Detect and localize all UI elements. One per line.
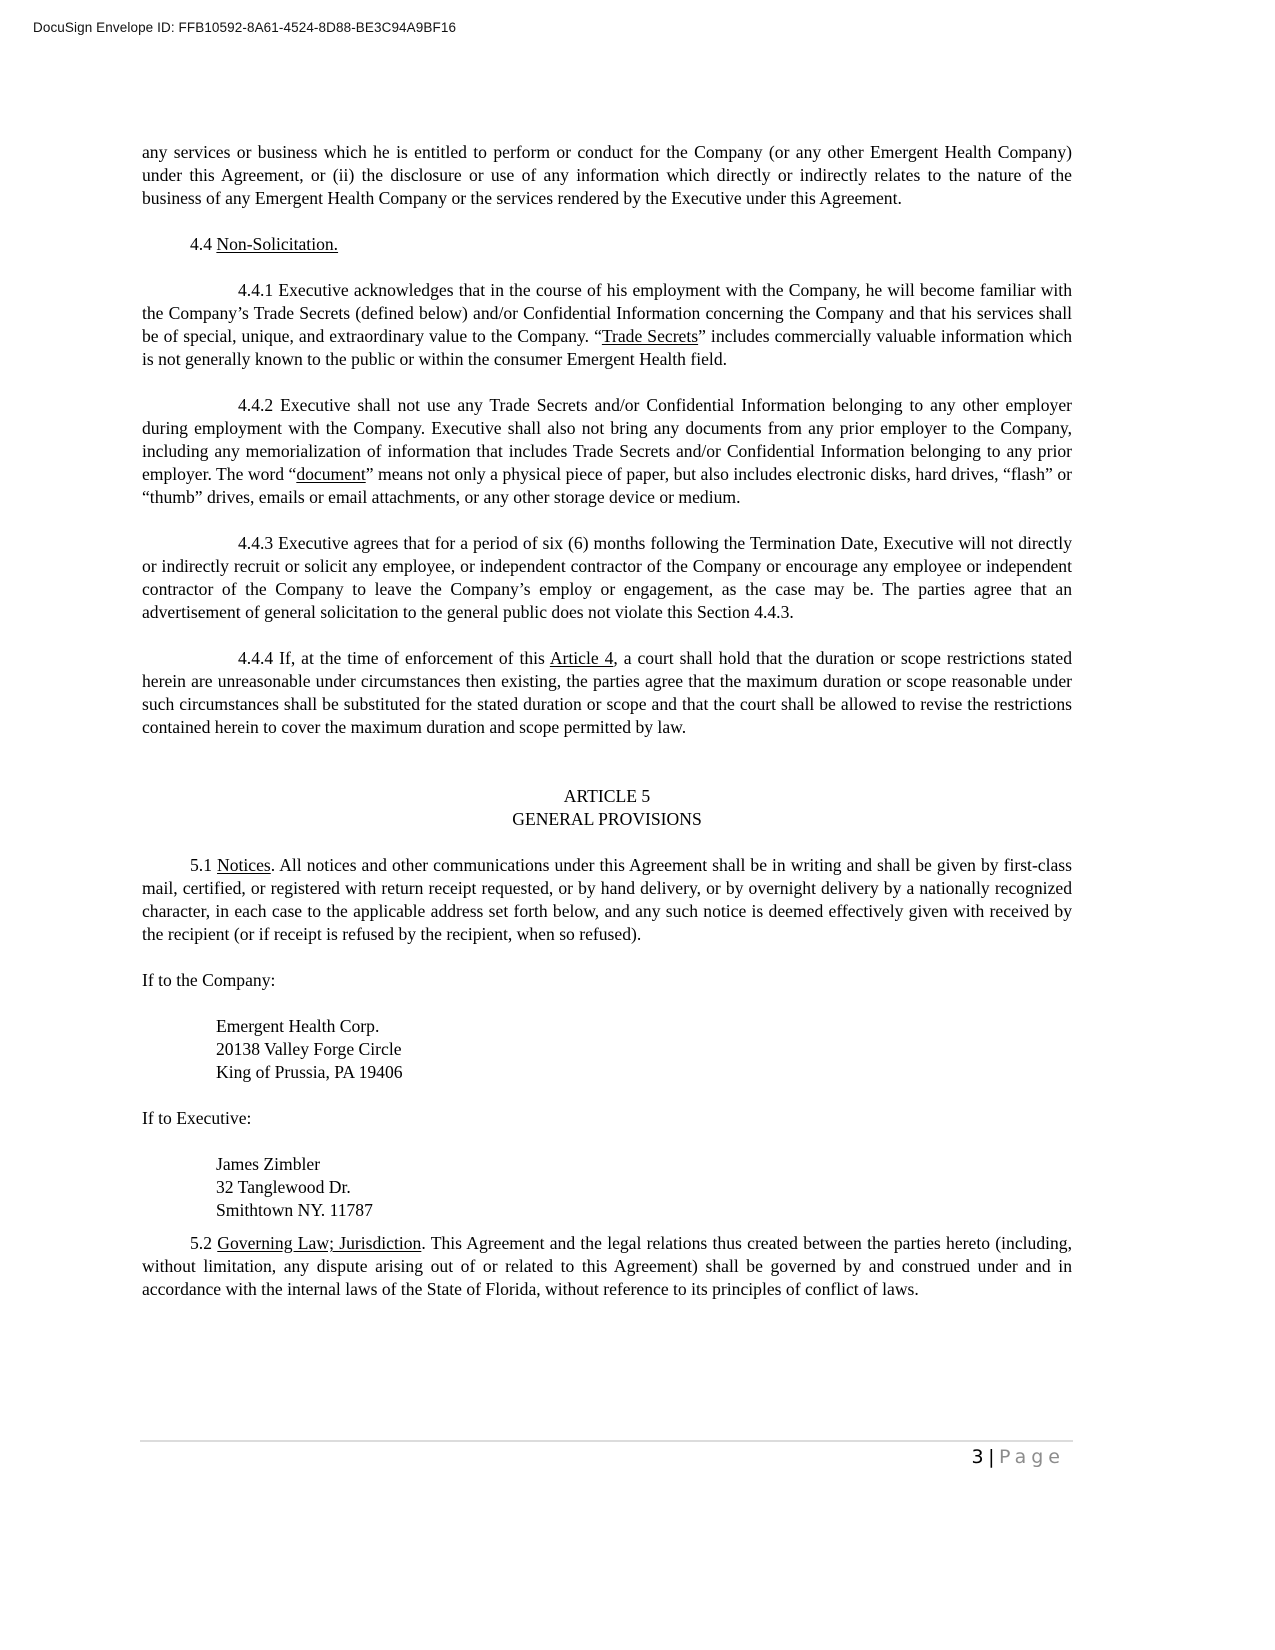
- executive-address-line: 32 Tanglewood Dr.: [142, 1176, 1072, 1199]
- section-4-4-3: 4.4.3 Executive agrees that for a period…: [142, 532, 1072, 624]
- company-notice-label: If to the Company:: [142, 969, 1072, 992]
- section-4-4-4: 4.4.4 If, at the time of enforcement of …: [142, 647, 1072, 739]
- company-address-line: King of Prussia, PA 19406: [142, 1061, 1072, 1084]
- section-4-4-1: 4.4.1 Executive acknowledges that in the…: [142, 279, 1072, 371]
- section-5-1-title: Notices: [217, 855, 271, 875]
- section-5-2-title: Governing Law; Jurisdiction: [217, 1233, 421, 1253]
- footer-divider: [140, 1440, 1073, 1442]
- docusign-envelope-id: DocuSign Envelope ID: FFB10592-8A61-4524…: [33, 20, 456, 35]
- company-address-line: Emergent Health Corp.: [142, 1015, 1072, 1038]
- defined-term-document: document: [296, 464, 365, 484]
- page-label: Page: [999, 1446, 1065, 1468]
- page-separator: |: [988, 1446, 995, 1468]
- page-number: 3|Page: [972, 1446, 1066, 1468]
- article-5-title: ARTICLE 5: [142, 785, 1072, 808]
- executive-address-line: James Zimbler: [142, 1153, 1072, 1176]
- section-4-4-heading: 4.4 Non-Solicitation.: [142, 233, 1072, 256]
- section-5-2: 5.2 Governing Law; Jurisdiction. This Ag…: [142, 1232, 1072, 1301]
- section-4-4-title: Non-Solicitation.: [216, 234, 338, 254]
- company-address-line: 20138 Valley Forge Circle: [142, 1038, 1072, 1061]
- document-page-body: any services or business which he is ent…: [142, 141, 1072, 1301]
- section-5-1: 5.1 Notices. All notices and other commu…: [142, 854, 1072, 946]
- continuation-paragraph: any services or business which he is ent…: [142, 141, 1072, 210]
- executive-notice-label: If to Executive:: [142, 1107, 1072, 1130]
- executive-address-line: Smithtown NY. 11787: [142, 1199, 1072, 1222]
- reference-article-4: Article 4: [550, 648, 614, 668]
- section-4-4-2: 4.4.2 Executive shall not use any Trade …: [142, 394, 1072, 509]
- article-5-subtitle: GENERAL PROVISIONS: [142, 808, 1072, 831]
- defined-term-trade-secrets: Trade Secrets: [602, 326, 698, 346]
